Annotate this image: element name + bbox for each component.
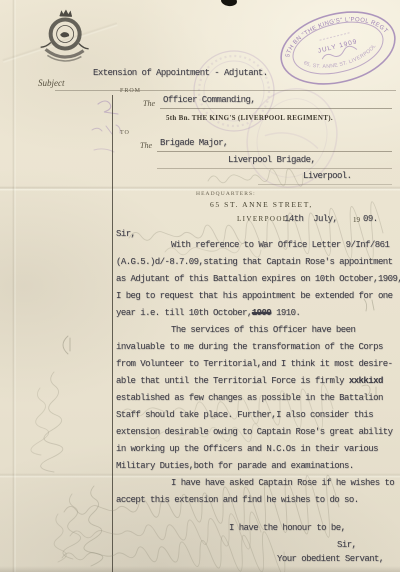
body-line: year i.e. till 10th October,1909 1910. [116,308,300,318]
pencil-margin-tick [358,296,378,314]
from-name: Officer Commanding, [163,95,255,105]
body-line: Military Duties,both for parade and exam… [116,461,354,471]
body-line: as Adjutant of this Battalion expires on… [116,274,400,284]
body-line-text: 1910. [271,308,300,318]
pencil-margin-bracket [56,334,72,356]
body-line: invaluable to me during the transformati… [116,342,383,352]
purple-pen-annotations [88,96,122,166]
pencil-margin-mark [358,382,380,402]
bleedthrough-handwriting [115,402,350,450]
body-line-text: able that until the Territorial Force is… [116,376,349,386]
fold-crease-vertical [12,0,16,572]
to-underline-1 [157,151,392,152]
body-line-text: year i.e. till 10th October, [116,308,252,318]
hq-label: HEADQUARTERS: [196,191,256,197]
body-line: The services of this Officer have been [171,325,355,335]
body-line: I have have asked Captain Rose if he wis… [171,478,394,488]
body-line: able that until the Territorial Force is… [116,376,383,386]
body-line: from Volunteer to Territorial,and I thin… [116,359,393,369]
to-the: The [140,141,152,150]
subject-underline [55,90,396,91]
to-label: TO [120,130,130,136]
bleedthrough-handwriting-vertical [28,368,72,486]
struck-out-year: 1909 [252,308,271,318]
ink-blot [220,0,237,7]
to-name: Brigade Major, [160,138,228,148]
year-typed: 09. [363,214,378,224]
stamp-illegible-line [320,32,351,40]
from-unit: 5th Bn. THE KING'S (LIVERPOOL REGIMENT). [166,114,333,122]
to-line3: Liverpool. [303,171,352,181]
bleedthrough-handwriting [125,224,397,258]
from-underline [160,108,392,109]
subject-line: Extension of Appointment - Adjutant. [93,68,268,78]
from-label: FROM [120,88,141,94]
subject-label: Subject [38,78,65,88]
to-line2: Liverpool Brigade, [228,155,315,165]
bleedthrough-handwriting [205,168,305,190]
from-the: The [143,99,155,108]
letter-page: 5TH BN "THE KING'S" L'POOL REGT 65, ST. … [0,0,400,572]
body-line: I beg to request that his appointment be… [116,291,393,301]
regimental-crest-icon [25,5,105,72]
hq-street: 65 ST. ANNE STREET, [210,200,313,209]
bleedthrough-handwriting-vertical [50,484,112,572]
